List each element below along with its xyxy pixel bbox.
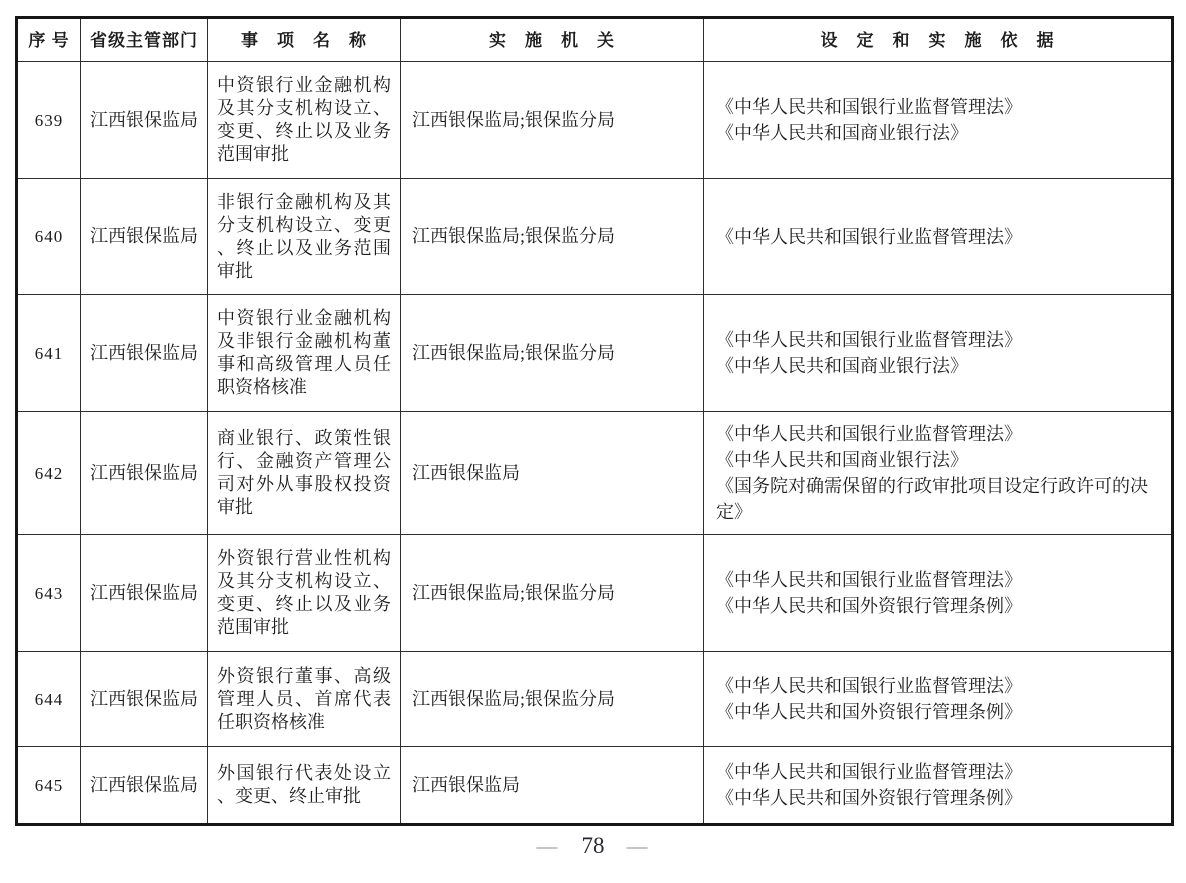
row-agency: 江西银保监局;银保监分局 xyxy=(401,652,704,747)
row-basis: 《中华人民共和国银行业监督管理法》 xyxy=(704,179,1173,295)
table-row: 642 江西银保监局 商业银行、政策性银行、金融资产管理公司对外从事股权投资审批… xyxy=(17,412,1173,535)
page-number: 78 xyxy=(582,833,605,858)
row-department: 江西银保监局 xyxy=(81,295,208,412)
footer-left-dash: — xyxy=(515,834,582,858)
header-basis: 设 定 和 实 施 依 据 xyxy=(704,18,1173,62)
row-department: 江西银保监局 xyxy=(81,412,208,535)
table-row: 644 江西银保监局 外资银行董事、高级管理人员、首席代表任职资格核准 江西银保… xyxy=(17,652,1173,747)
row-agency: 江西银保监局 xyxy=(401,412,704,535)
row-basis: 《中华人民共和国银行业监督管理法》 《中华人民共和国外资银行管理条例》 xyxy=(704,747,1173,825)
row-item-name: 外国银行代表处设立、变更、终止审批 xyxy=(208,747,401,825)
row-item-name: 外资银行董事、高级管理人员、首席代表任职资格核准 xyxy=(208,652,401,747)
row-department: 江西银保监局 xyxy=(81,652,208,747)
row-seq: 643 xyxy=(17,535,81,652)
row-basis: 《中华人民共和国银行业监督管理法》 《中华人民共和国外资银行管理条例》 xyxy=(704,652,1173,747)
row-item-name: 外资银行营业性机构及其分支机构设立、变更、终止以及业务范围审批 xyxy=(208,535,401,652)
table-header-row: 序 号 省级主管部门 事 项 名 称 实 施 机 关 设 定 和 实 施 依 据 xyxy=(17,18,1173,62)
row-department: 江西银保监局 xyxy=(81,62,208,179)
row-agency: 江西银保监局;银保监分局 xyxy=(401,295,704,412)
table-row: 645 江西银保监局 外国银行代表处设立、变更、终止审批 江西银保监局 《中华人… xyxy=(17,747,1173,825)
header-agency: 实 施 机 关 xyxy=(401,18,704,62)
approval-items-table: 序 号 省级主管部门 事 项 名 称 实 施 机 关 设 定 和 实 施 依 据… xyxy=(15,16,1174,826)
row-basis: 《中华人民共和国银行业监督管理法》 《中华人民共和国外资银行管理条例》 xyxy=(704,535,1173,652)
row-seq: 644 xyxy=(17,652,81,747)
row-seq: 642 xyxy=(17,412,81,535)
row-seq: 640 xyxy=(17,179,81,295)
row-agency: 江西银保监局 xyxy=(401,747,704,825)
row-seq: 639 xyxy=(17,62,81,179)
row-seq: 641 xyxy=(17,295,81,412)
row-basis: 《中华人民共和国银行业监督管理法》 《中华人民共和国商业银行法》 xyxy=(704,295,1173,412)
table-row: 643 江西银保监局 外资银行营业性机构及其分支机构设立、变更、终止以及业务范围… xyxy=(17,535,1173,652)
document-page: 序 号 省级主管部门 事 项 名 称 实 施 机 关 设 定 和 实 施 依 据… xyxy=(0,0,1186,883)
row-department: 江西银保监局 xyxy=(81,747,208,825)
row-agency: 江西银保监局;银保监分局 xyxy=(401,535,704,652)
row-department: 江西银保监局 xyxy=(81,179,208,295)
table-row: 640 江西银保监局 非银行金融机构及其分支机构设立、变更、终止以及业务范围审批… xyxy=(17,179,1173,295)
row-agency: 江西银保监局;银保监分局 xyxy=(401,179,704,295)
header-department: 省级主管部门 xyxy=(81,18,208,62)
row-department: 江西银保监局 xyxy=(81,535,208,652)
row-item-name: 中资银行业金融机构及其分支机构设立、变更、终止以及业务范围审批 xyxy=(208,62,401,179)
row-seq: 645 xyxy=(17,747,81,825)
row-item-name: 中资银行业金融机构及非银行金融机构董事和高级管理人员任职资格核准 xyxy=(208,295,401,412)
header-item-name: 事 项 名 称 xyxy=(208,18,401,62)
header-seq: 序 号 xyxy=(17,18,81,62)
row-basis: 《中华人民共和国银行业监督管理法》 《中华人民共和国商业银行法》 《国务院对确需… xyxy=(704,412,1173,535)
row-item-name: 商业银行、政策性银行、金融资产管理公司对外从事股权投资审批 xyxy=(208,412,401,535)
footer-right-dash: — xyxy=(605,834,672,858)
row-item-name: 非银行金融机构及其分支机构设立、变更、终止以及业务范围审批 xyxy=(208,179,401,295)
row-basis: 《中华人民共和国银行业监督管理法》 《中华人民共和国商业银行法》 xyxy=(704,62,1173,179)
table-row: 641 江西银保监局 中资银行业金融机构及非银行金融机构董事和高级管理人员任职资… xyxy=(17,295,1173,412)
page-footer: —78— xyxy=(0,833,1186,859)
table-row: 639 江西银保监局 中资银行业金融机构及其分支机构设立、变更、终止以及业务范围… xyxy=(17,62,1173,179)
row-agency: 江西银保监局;银保监分局 xyxy=(401,62,704,179)
